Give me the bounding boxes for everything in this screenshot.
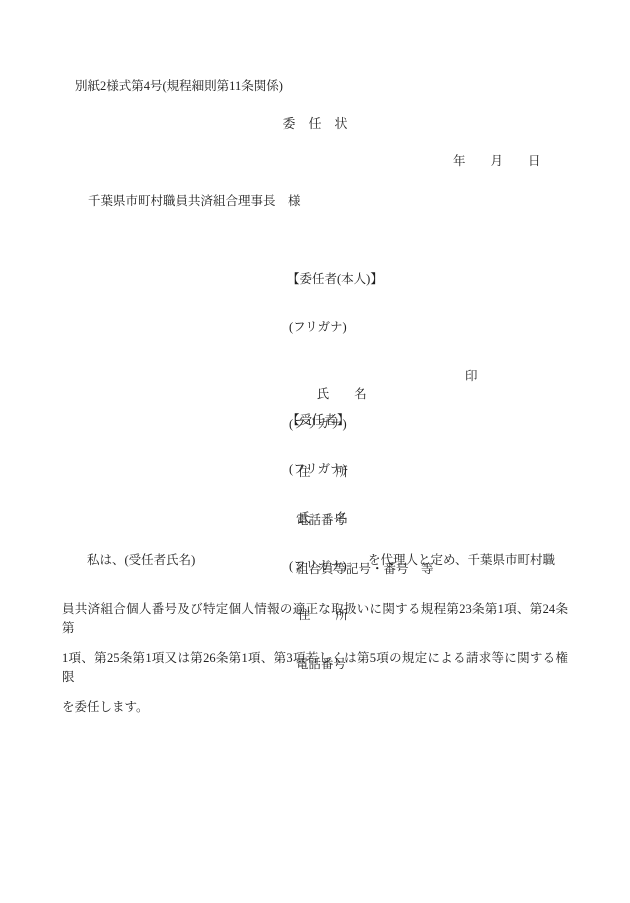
statement-line-2: 員共済組合個人番号及び特定個人情報の適正な取扱いに関する規程第23条第1項、第2… <box>62 600 568 619</box>
document-title: 委 任 状 <box>0 116 630 132</box>
statement-line-1: 私は、(受任者氏名) を代理人と定め、千葉県市町村職 <box>62 551 568 570</box>
delegator-furigana-label-1: (フリガナ) <box>287 318 434 336</box>
agent-furigana-label-1: (フリガナ) <box>287 460 350 479</box>
statement-line-4: を委任します。 <box>62 698 568 717</box>
power-of-attorney-document-page: 別紙2様式第4号(規程細則第11条関係) 委 任 状 年 月 日 千葉県市町村職… <box>0 0 630 903</box>
statement-continuation-text: を代理人と定め、千葉県市町村職 <box>368 551 555 570</box>
statement-lead-text: 私は、(受任者氏名) <box>87 551 195 570</box>
seal-mark-label: 印 <box>465 367 478 385</box>
form-number-label: 別紙2様式第4号(規程細則第11条関係) <box>75 78 283 94</box>
agent-section-heading: 【受任者】 <box>287 411 350 430</box>
delegation-statement: 私は、(受任者氏名) を代理人と定め、千葉県市町村職 員共済組合個人番号及び特定… <box>62 521 568 747</box>
addressee-line: 千葉県市町村職員共済組合理事長 様 <box>88 193 301 209</box>
date-line: 年 月 日 <box>453 153 541 169</box>
agent-name-fill-in-blank <box>212 551 368 570</box>
statement-line-3: 1項、第25条第1項又は第26条第1項、第3項若しくは第5項の規定による請求等に… <box>62 649 568 668</box>
delegator-section-heading: 【委任者(本人)】 <box>287 270 434 288</box>
